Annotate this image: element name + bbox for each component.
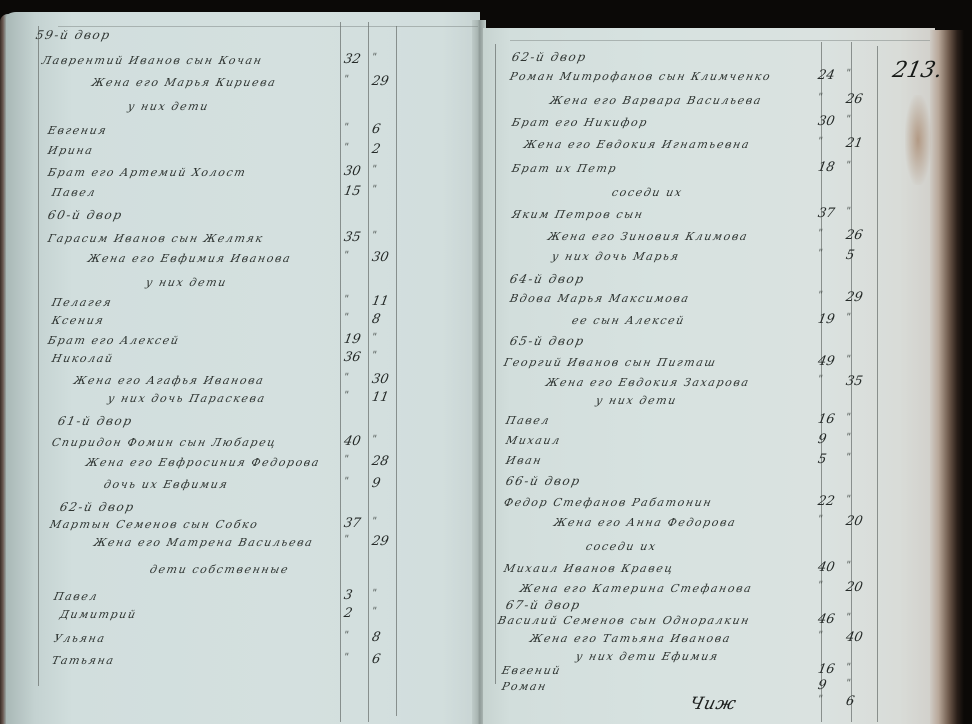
subheading-text: у них дочь Параскева [107, 392, 268, 405]
person-entry: Василий Семенов сын Одноралкин [497, 614, 752, 627]
female-age: 29 [371, 74, 390, 89]
person-entry: Жена его Евфимия Иванова [87, 252, 293, 265]
male-age: 40 [817, 560, 836, 575]
subheading-text: дети собственные [149, 563, 291, 576]
person-entry: Спиридон Фомин сын Любарец [51, 436, 278, 449]
person-entry: Георгий Иванов сын Пигташ [503, 356, 718, 369]
household-header: 62-й двор [59, 500, 137, 514]
male-age: 30 [343, 164, 362, 179]
left-female-column-rule [368, 22, 369, 722]
person-entry: Лаврентий Иванов сын Кочан [41, 54, 264, 67]
subheading-text: у них дети Ефимия [575, 650, 721, 663]
person-entry: Михаил Иванов Кравец [503, 562, 675, 575]
person-entry: Жена его Агафья Иванова [73, 374, 266, 387]
right-page-edges [930, 30, 964, 724]
person-entry: Павел [53, 590, 100, 603]
male-age: 16 [817, 662, 836, 677]
person-entry: Жена его Евфросиния Федорова [85, 456, 322, 469]
person-entry: Павел [51, 186, 98, 199]
subheading-text: дочь их Евфимия [103, 478, 230, 491]
person-entry: Татьяна [51, 654, 116, 667]
male-age: 30 [817, 114, 836, 129]
person-entry: ее сын Алексей [571, 314, 687, 327]
right-margin-rule [495, 44, 496, 684]
person-entry: Жена его Катерина Стефанова [519, 582, 754, 595]
right-top-rule [510, 40, 930, 41]
left-male-column-rule [340, 22, 341, 722]
person-entry: Евгения [47, 124, 109, 137]
female-age: 28 [371, 454, 390, 469]
person-entry: Роман [501, 680, 549, 693]
person-entry: Пелагея [51, 296, 114, 309]
person-entry: Жена его Марья Кириева [91, 76, 278, 89]
household-header: 66-й двор [505, 474, 583, 488]
household-header: 65-й двор [509, 334, 587, 348]
female-age: 35 [845, 374, 864, 389]
male-age: 40 [343, 434, 362, 449]
person-entry: Ксения [51, 314, 106, 327]
female-age: 26 [845, 228, 864, 243]
female-age: 30 [371, 250, 390, 265]
left-top-rule [58, 26, 478, 27]
signature: Чиж [688, 694, 739, 714]
household-header: 67-й двор [505, 598, 583, 612]
open-register-book: 213. 59-й дворЛаврентий Иванов сын Кочан… [0, 0, 972, 724]
household-header: 61-й двор [57, 414, 135, 428]
person-entry: Вдова Марья Максимова [509, 292, 691, 305]
person-entry: Николай [51, 352, 115, 365]
male-age: 19 [817, 312, 836, 327]
person-entry: Мартын Семенов сын Собко [49, 518, 260, 531]
person-entry: Жена его Татьяна Иванова [529, 632, 733, 645]
person-entry: Роман Митрофанов сын Климченко [509, 70, 773, 83]
left-margin-rule [38, 26, 39, 686]
female-age: 26 [845, 92, 864, 107]
left-column-end-rule [396, 26, 397, 716]
right-column-end-rule [877, 46, 878, 722]
female-age: 11 [371, 390, 390, 405]
male-age: 49 [817, 354, 836, 369]
person-entry: Иван [505, 454, 544, 467]
person-entry: Ирина [47, 144, 95, 157]
person-entry: Яким Петров сын [511, 208, 645, 221]
person-entry: Павел [505, 414, 552, 427]
male-age: 37 [343, 516, 362, 531]
paper-stain [905, 95, 931, 185]
person-entry: Брат его Алексей [47, 334, 181, 347]
male-age: 16 [817, 412, 836, 427]
female-age: 29 [371, 534, 390, 549]
person-entry: Ульяна [53, 632, 107, 645]
person-entry: Жена его Евдокия Захарова [545, 376, 751, 389]
subheading-text: соседи их [611, 186, 684, 199]
household-header: 64-й двор [509, 272, 587, 286]
female-age: 30 [371, 372, 390, 387]
person-entry: Жена его Зиновия Климова [547, 230, 750, 243]
subheading-text: у них дети [127, 100, 211, 113]
female-age: 20 [845, 580, 864, 595]
subheading-text: у них дети [145, 276, 229, 289]
person-entry: Брат его Никифор [511, 116, 650, 129]
person-entry: Брат их Петр [511, 162, 619, 175]
person-entry: Брат его Артемий Холост [47, 166, 248, 179]
household-header: 60-й двор [47, 208, 125, 222]
household-header: 59-й двор [35, 28, 113, 42]
male-age: 15 [343, 184, 362, 199]
male-age: 37 [817, 206, 836, 221]
subheading-text: у них дочь Марья [551, 250, 681, 263]
household-header: 62-й двор [511, 50, 589, 64]
person-entry: Жена его Анна Федорова [553, 516, 738, 529]
male-age: 32 [343, 52, 362, 67]
male-age: 36 [343, 350, 362, 365]
male-age: 46 [817, 612, 836, 627]
page-number: 213. [890, 58, 944, 83]
person-entry: Жена его Евдокия Игнатьевна [523, 138, 752, 151]
male-age: 18 [817, 160, 836, 175]
male-age: 24 [817, 68, 836, 83]
male-age: 35 [343, 230, 362, 245]
person-entry: Евгений [501, 664, 563, 677]
female-age: 29 [845, 290, 864, 305]
male-age: 19 [343, 332, 362, 347]
subheading-text: у них дети [595, 394, 679, 407]
person-entry: Федор Стефанов Рабатонин [503, 496, 714, 509]
female-age: 11 [371, 294, 390, 309]
female-age: 20 [845, 514, 864, 529]
female-age: 21 [845, 136, 864, 151]
person-entry: Димитрий [59, 608, 138, 621]
male-age: 22 [817, 494, 836, 509]
person-entry: Михаил [505, 434, 563, 447]
person-entry: Жена его Варвара Васильева [549, 94, 764, 107]
subheading-text: соседи их [585, 540, 658, 553]
person-entry: Гарасим Иванов сын Желтяк [47, 232, 265, 245]
person-entry: Жена его Матрена Васильева [93, 536, 315, 549]
female-age: 40 [845, 630, 864, 645]
